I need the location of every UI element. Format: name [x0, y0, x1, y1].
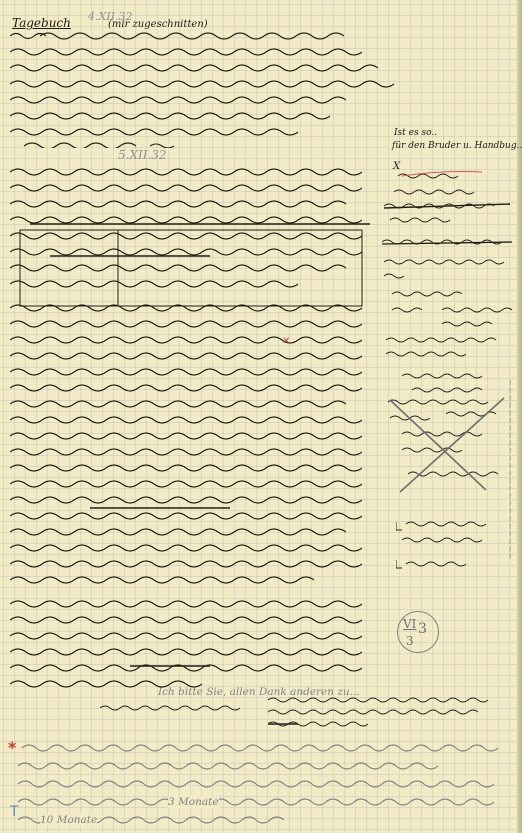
- manuscript-page: Tagebuch 4.XII.32 (mir zugeschnitten) 5.…: [0, 0, 522, 833]
- lower-left-handwriting: [100, 698, 250, 718]
- bottom-fragment-10-monate: 10 Monate: [40, 814, 97, 826]
- red-annotation: ✕: [282, 336, 290, 347]
- handwriting-block-1: [10, 28, 410, 148]
- margin-note-1: Ist es so..: [394, 128, 437, 138]
- margin-note-2: für den Bruder u. Handbug..: [392, 141, 522, 151]
- vertical-margin-note: ~~~~~~~~~~~~~~~~~~~~~~~~: [506, 379, 516, 560]
- margin-note-lower: [396, 514, 516, 584]
- t-marker: T: [10, 804, 19, 820]
- archive-stamp: VI 3 3: [397, 611, 439, 653]
- crossed-out-margin-block: [386, 392, 516, 502]
- stamp-bottom: 3: [406, 634, 414, 648]
- handwriting-block-2: [10, 160, 382, 700]
- bottom-fragment-3-monate: 3 Monate: [168, 796, 219, 808]
- stamp-right: 3: [418, 621, 427, 637]
- stamp-top: VI: [403, 617, 416, 631]
- lower-right-handwriting: [268, 690, 518, 730]
